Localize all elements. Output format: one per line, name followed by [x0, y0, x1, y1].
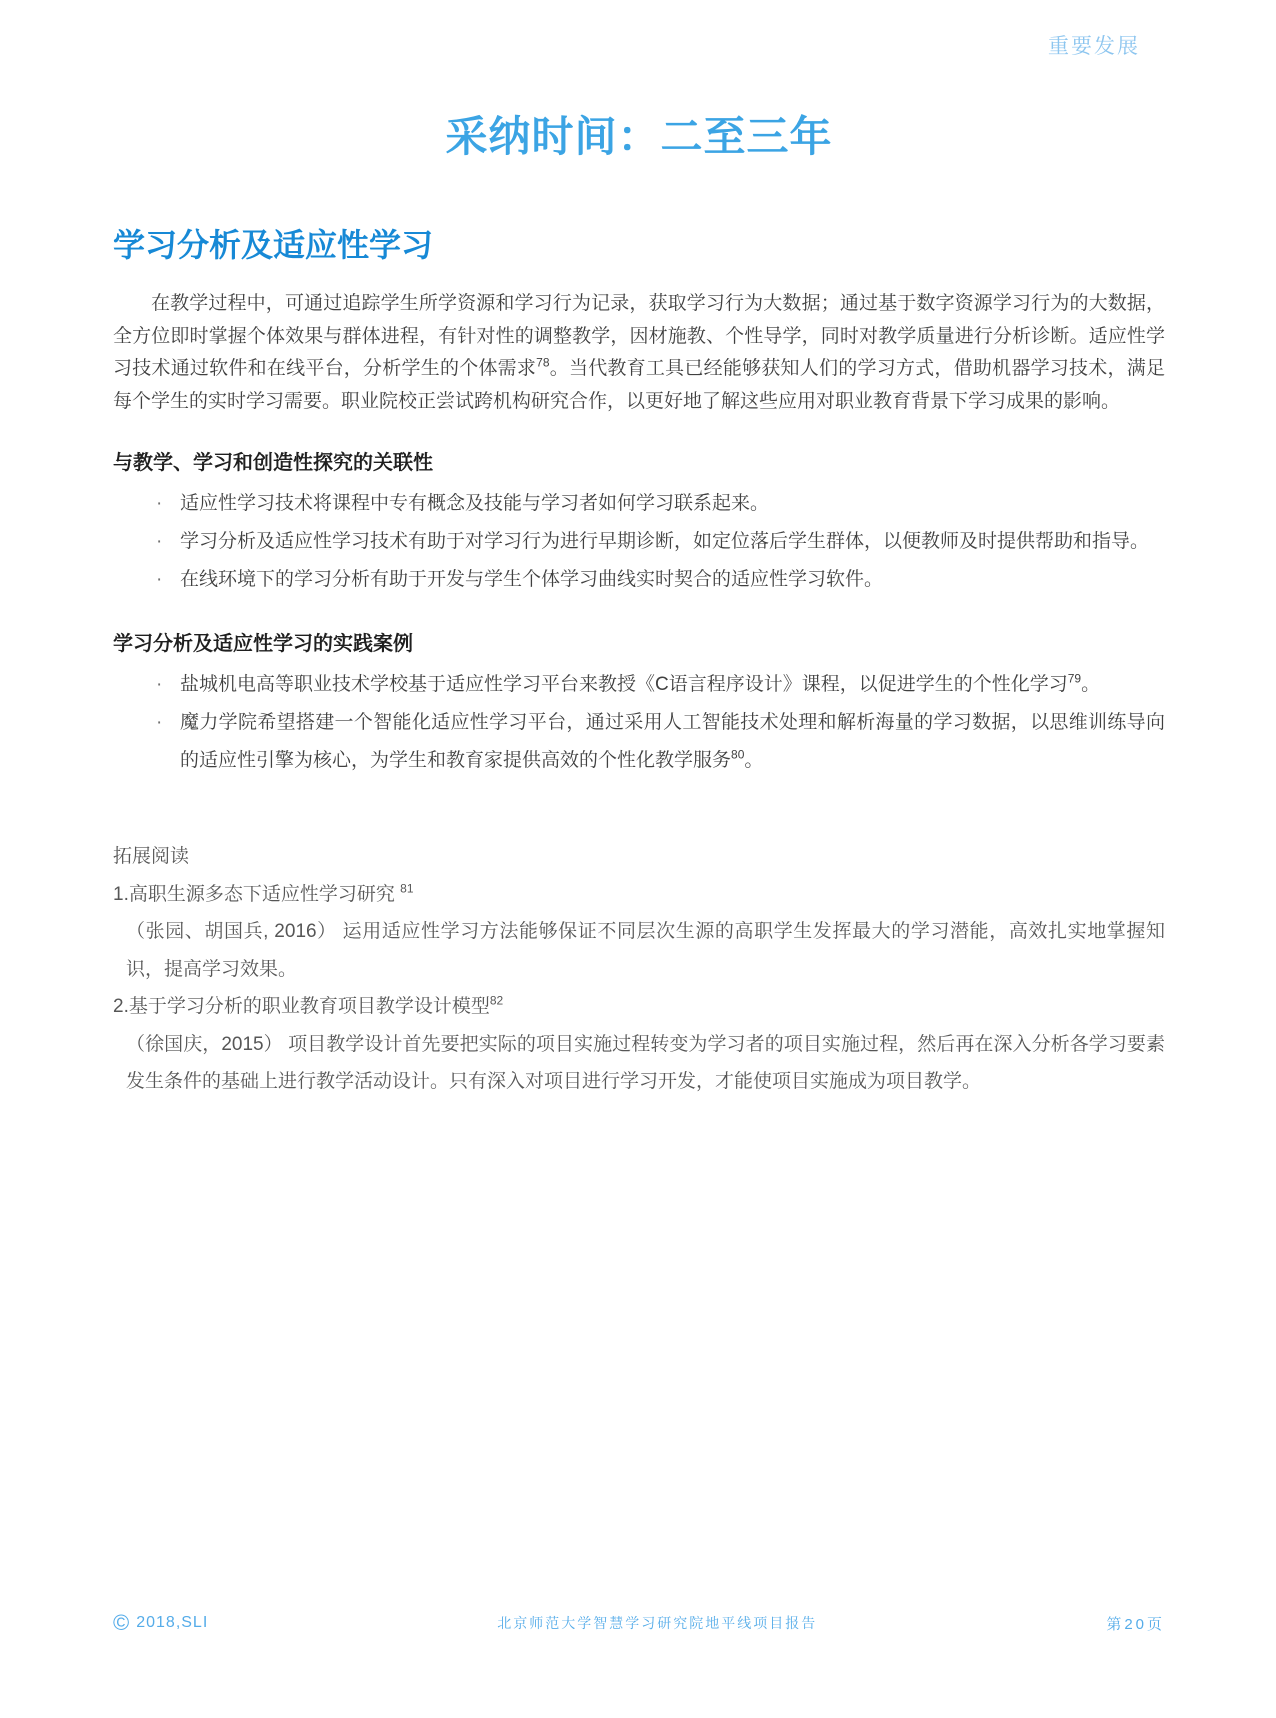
case-text: 魔力学院希望搭建一个智能化适应性学习平台，通过采用人工智能技术处理和解析海量的学… [180, 712, 1165, 771]
page-header-label: 重要发展 [1048, 30, 1140, 60]
footnote-ref-81: 81 [400, 881, 413, 895]
reading-entry-title-text: 1.高职生源多态下适应性学习研究 [113, 884, 400, 905]
reading-entry-title: 1.高职生源多态下适应性学习研究 81 [113, 876, 1165, 914]
list-item: · 在线环境下的学习分析有助于开发与学生个体学习曲线实时契合的适应性学习软件。 [113, 561, 1165, 599]
page-content: 采纳时间：二至三年 学习分析及适应性学习 在教学过程中，可通过追踪学生所学资源和… [0, 0, 1276, 1101]
case-text-end: 。 [744, 750, 763, 771]
copyright: © 2018,SLI [113, 1612, 208, 1634]
relevance-list: · 适应性学习技术将课程中专有概念及技能与学习者如何学习联系起来。 · 学习分析… [113, 485, 1165, 599]
reading-entry-title-text: 2.基于学习分析的职业教育项目教学设计模型 [113, 996, 490, 1017]
document-page: 重要发展 采纳时间：二至三年 学习分析及适应性学习 在教学过程中，可通过追踪学生… [0, 0, 1276, 1718]
copyright-icon: © [113, 1612, 130, 1634]
page-title: 采纳时间：二至三年 [113, 0, 1165, 164]
reading-entry-description: （徐国庆，2015） 项目教学设计首先要把实际的项目实施过程转变为学习者的项目实… [113, 1026, 1165, 1101]
reading-entry-title: 2.基于学习分析的职业教育项目教学设计模型82 [113, 988, 1165, 1026]
reading-entry-description: （张园、胡国兵, 2016） 运用适应性学习方法能够保证不同层次生源的高职学生发… [113, 913, 1165, 988]
case-text: 盐城机电高等职业技术学校基于适应性学习平台来教授《C语言程序设计》课程，以促进学… [180, 674, 1068, 695]
footnote-ref-78: 78 [536, 356, 549, 370]
section-heading: 学习分析及适应性学习 [113, 220, 1165, 266]
list-item-text: 适应性学习技术将课程中专有概念及技能与学习者如何学习联系起来。 [180, 485, 1165, 523]
bullet-icon: · [150, 485, 180, 523]
list-item-text: 盐城机电高等职业技术学校基于适应性学习平台来教授《C语言程序设计》课程，以促进学… [180, 666, 1165, 704]
list-item: · 盐城机电高等职业技术学校基于适应性学习平台来教授《C语言程序设计》课程，以促… [113, 666, 1165, 704]
footnote-ref-82: 82 [490, 994, 503, 1008]
footer-report-title: 北京师范大学智慧学习研究院地平线项目报告 [497, 1613, 817, 1633]
list-item-text: 学习分析及适应性学习技术有助于对学习行为进行早期诊断，如定位落后学生群体，以便教… [180, 523, 1165, 561]
list-item-text: 在线环境下的学习分析有助于开发与学生个体学习曲线实时契合的适应性学习软件。 [180, 561, 1165, 599]
bullet-icon: · [150, 666, 180, 704]
bullet-icon: · [150, 704, 180, 742]
intro-paragraph: 在教学过程中，可通过追踪学生所学资源和学习行为记录，获取学习行为大数据；通过基于… [113, 288, 1165, 418]
page-number: 第20页 [1106, 1613, 1165, 1634]
extended-reading-section: 拓展阅读 1.高职生源多态下适应性学习研究 81 （张园、胡国兵, 2016） … [113, 838, 1165, 1101]
bullet-icon: · [150, 523, 180, 561]
list-item: · 学习分析及适应性学习技术有助于对学习行为进行早期诊断，如定位落后学生群体，以… [113, 523, 1165, 561]
relevance-heading: 与教学、学习和创造性探究的关联性 [113, 446, 1165, 475]
list-item: · 适应性学习技术将课程中专有概念及技能与学习者如何学习联系起来。 [113, 485, 1165, 523]
extended-reading-heading: 拓展阅读 [113, 838, 1165, 876]
bullet-icon: · [150, 561, 180, 599]
footnote-ref-79: 79 [1068, 672, 1081, 686]
list-item-text: 魔力学院希望搭建一个智能化适应性学习平台，通过采用人工智能技术处理和解析海量的学… [180, 704, 1165, 780]
copyright-text: 2018,SLI [136, 1614, 208, 1632]
cases-list: · 盐城机电高等职业技术学校基于适应性学习平台来教授《C语言程序设计》课程，以促… [113, 666, 1165, 780]
case-text-end: 。 [1081, 674, 1100, 695]
cases-heading: 学习分析及适应性学习的实践案例 [113, 627, 1165, 656]
page-footer: © 2018,SLI 北京师范大学智慧学习研究院地平线项目报告 第20页 [113, 1612, 1165, 1634]
list-item: · 魔力学院希望搭建一个智能化适应性学习平台，通过采用人工智能技术处理和解析海量… [113, 704, 1165, 780]
footnote-ref-80: 80 [731, 748, 744, 762]
